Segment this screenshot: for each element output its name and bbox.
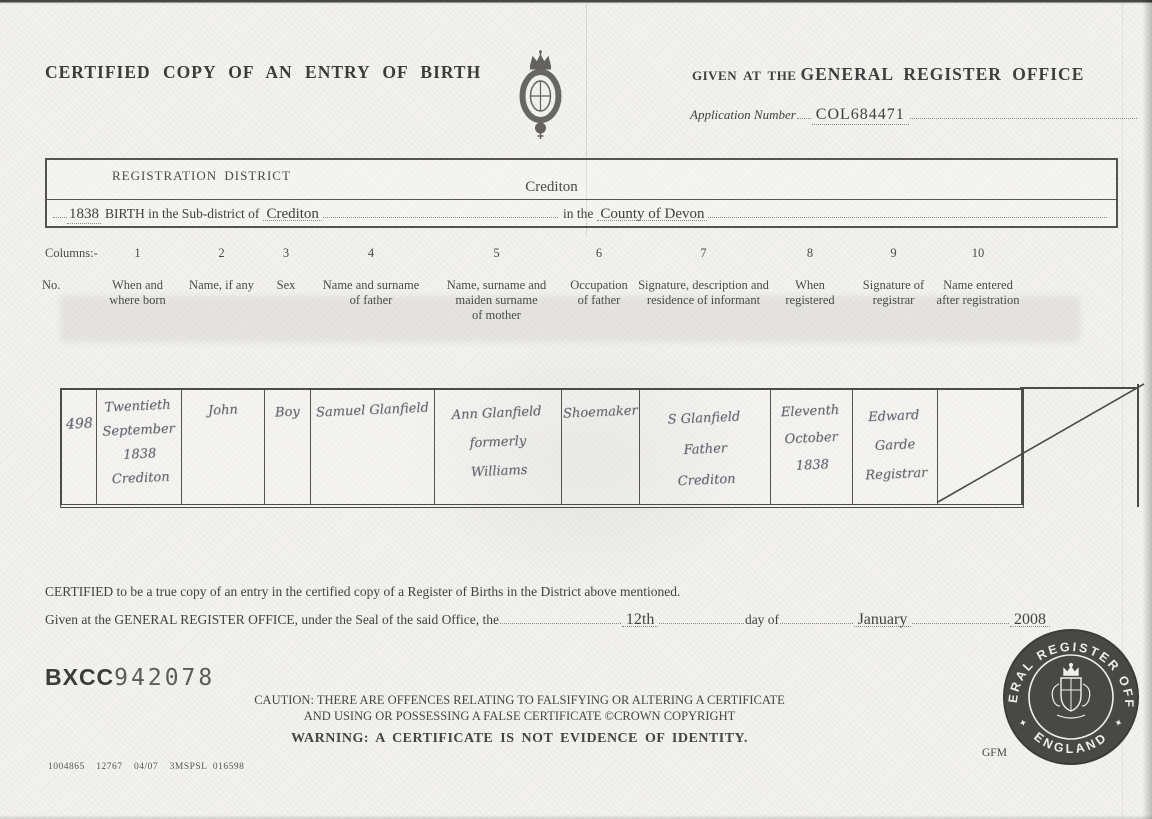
application-number-label: Application Number — [690, 107, 796, 123]
entry-father-cell: Samuel Glanfield — [311, 390, 435, 504]
dotted-leader — [797, 103, 811, 119]
in-the-label: in the — [559, 206, 597, 222]
caution-line-1: CAUTION: THERE ARE OFFENCES RELATING TO … — [232, 692, 807, 708]
dotted-leader — [659, 610, 744, 624]
given-at-heading: GIVEN AT THE GENERAL REGISTER OFFICE — [692, 64, 1084, 85]
entry-sex-cell: Boy — [265, 390, 311, 504]
column-headers: Columns:- No. 1 2 3 4 5 6 7 8 9 10 When … — [0, 246, 1152, 346]
registration-district-value: Crediton — [47, 179, 1056, 196]
register-entry-table: 498 Twentieth September 1838 Crediton Jo… — [60, 388, 1024, 508]
dotted-leader — [500, 610, 621, 624]
birth-subdistrict-label: BIRTH in the Sub-district of — [101, 206, 263, 222]
caution-block: CAUTION: THERE ARE OFFENCES RELATING TO … — [232, 692, 807, 747]
column-heading: Signature, description and residence of … — [628, 278, 779, 308]
dotted-leader — [708, 204, 1107, 218]
dotted-leader — [910, 103, 1137, 119]
certificate-serial: BXCC942078 — [45, 664, 215, 691]
box-divider — [47, 199, 1116, 200]
entry-no-cell: 498 — [62, 390, 97, 504]
column-number: 10 — [926, 246, 1030, 261]
dotted-leader — [912, 610, 1009, 624]
seal-side-label: GFM — [982, 747, 1007, 759]
column-number: 5 — [423, 246, 570, 261]
given-at-office: GENERAL REGISTER OFFICE — [800, 64, 1084, 84]
entry-occupation-cell: Shoemaker — [562, 390, 640, 504]
given-prefix-text: Given at the GENERAL REGISTER OFFICE, un… — [45, 612, 499, 628]
dotted-leader — [323, 204, 558, 218]
seal-day-value: 12th — [622, 611, 658, 627]
subdistrict-value: Crediton — [263, 206, 322, 221]
column-heading: Name entered after registration — [926, 278, 1030, 308]
serial-number: 942078 — [114, 665, 215, 691]
given-at-prefix: GIVEN AT THE — [692, 68, 796, 83]
county-value: County of Devon — [597, 206, 707, 221]
column-number: 4 — [299, 246, 443, 261]
document-title: CERTIFIED COPY OF AN ENTRY OF BIRTH — [45, 62, 481, 83]
serial-prefix: BXCC — [45, 664, 114, 690]
certified-statement: CERTIFIED to be a true copy of an entry … — [45, 584, 680, 600]
entry-year: 1838 — [67, 206, 101, 224]
day-of-label: day of — [745, 612, 779, 628]
given-at-gro-row: Given at the GENERAL REGISTER OFFICE, un… — [45, 610, 1050, 628]
column-heading: Name and surname of father — [299, 278, 443, 308]
dotted-leader — [780, 610, 853, 624]
royal-crest-icon — [504, 50, 576, 146]
birth-certificate-document: CERTIFIED COPY OF AN ENTRY OF BIRTH GIVE… — [0, 0, 1152, 819]
entry-registrar-cell: Edward Garde Registrar — [853, 390, 938, 504]
scan-bottom-edge — [0, 815, 1152, 819]
entry-when-where-born-cell: Twentieth September 1838 Crediton — [97, 390, 182, 504]
entry-name-cell: John — [182, 390, 265, 504]
general-register-office-seal: GENERAL REGISTER OFFICE ENGLAND ✦ ✦ — [999, 625, 1143, 769]
column-heading: Name, surname and maiden surname of moth… — [423, 278, 570, 323]
registration-district-box: REGISTRATION DISTRICT Crediton 1838 BIRT… — [45, 158, 1118, 228]
birth-subdistrict-row: 1838 BIRTH in the Sub-district of Credit… — [53, 204, 1108, 224]
entry-when-registered-cell: Eleventh October 1838 — [771, 390, 853, 504]
application-number-row: Application Number COL684471 — [690, 103, 1138, 125]
strike-through-diagonal-line — [928, 378, 1150, 510]
application-number-value: COL684471 — [812, 106, 909, 125]
entry-mother-cell: Ann Glanfield formerly Williams — [435, 390, 562, 504]
entry-informant-cell: S Glanfield Father Crediton — [640, 390, 771, 504]
dotted-leader — [53, 204, 67, 218]
column-no-label: No. — [42, 278, 60, 293]
warning-line: WARNING: A CERTIFICATE IS NOT EVIDENCE O… — [232, 731, 807, 747]
caution-line-2: AND USING OR POSSESSING A FALSE CERTIFIC… — [232, 708, 807, 724]
seal-month-value: January — [854, 611, 912, 627]
print-reference-code: 1004865 12767 04/07 3MSPSL 016598 — [48, 762, 244, 772]
scan-top-edge — [0, 0, 1152, 5]
column-number: 7 — [628, 246, 779, 261]
